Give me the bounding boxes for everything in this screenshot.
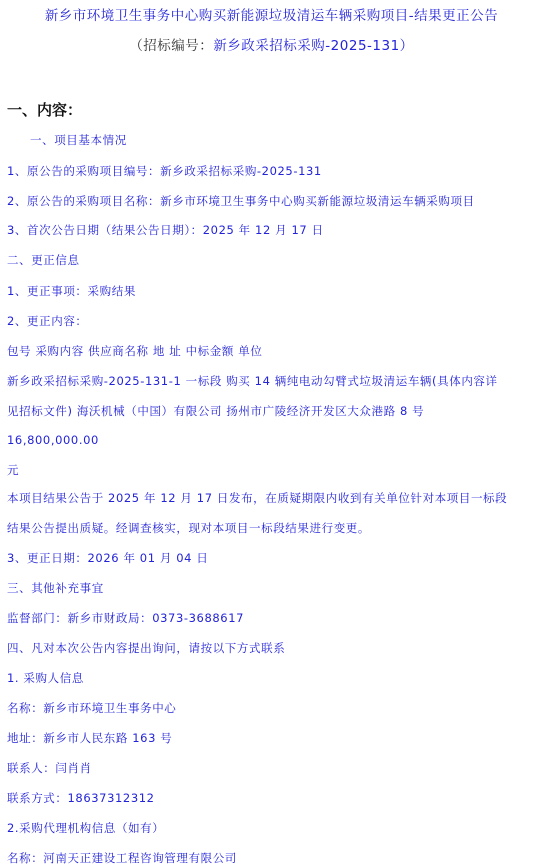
- document-title: 新乡市环境卫生事务中心购买新能源垃圾清运车辆采购项目-结果更正公告: [0, 4, 543, 24]
- purchaser-address: 地址：新乡市人民东路 163 号: [7, 730, 172, 746]
- other-matters-heading: 三、其他补充事宜: [7, 580, 104, 596]
- project-basic-info-heading: 一、项目基本情况: [30, 132, 127, 148]
- winning-amount: 16,800,000.00: [7, 433, 99, 447]
- result-table-header: 包号 采购内容 供应商名称 地 址 中标金额 单位: [7, 343, 262, 359]
- section-heading-content: 一、内容：: [7, 99, 82, 120]
- purchaser-contact-person: 联系人：闫肖肖: [7, 760, 92, 776]
- first-announcement-date: 3、首次公告日期（结果公告日期）：2025 年 12 月 17 日: [7, 222, 324, 238]
- result-row-line-1: 新乡政采招标采购-2025-131-1 一标段 购买 14 辆纯电动勾臂式垃圾清…: [7, 373, 498, 389]
- correction-item: 1、更正事项：采购结果: [7, 283, 136, 299]
- agency-info-heading: 2.采购代理机构信息（如有）: [7, 820, 164, 836]
- original-project-number: 1、原公告的采购项目编号：新乡政采招标采购-2025-131: [7, 163, 322, 179]
- agency-name: 名称：河南天正建设工程咨询管理有限公司: [7, 850, 237, 866]
- supervision-department: 监督部门：新乡市财政局：0373-3688617: [7, 610, 244, 626]
- correction-info-heading: 二、更正信息: [7, 252, 80, 268]
- purchaser-info-heading: 1. 采购人信息: [7, 670, 84, 686]
- tender-number-value: 新乡政采招标采购-2025-131）: [213, 38, 413, 54]
- contact-heading: 四、凡对本次公告内容提出询问，请按以下方式联系: [7, 640, 285, 656]
- tender-number: （招标编号：新乡政采招标采购-2025-131）: [0, 34, 543, 54]
- result-row-line-2: 见招标文件) 海沃机械（中国）有限公司 扬州市广陵经济开发区大众港路 8 号: [7, 403, 424, 419]
- amount-unit: 元: [7, 462, 19, 478]
- original-project-name: 2、原公告的采购项目名称：新乡市环境卫生事务中心购买新能源垃圾清运车辆采购项目: [7, 193, 475, 209]
- correction-date: 3、更正日期：2026 年 01 月 04 日: [7, 550, 208, 566]
- correction-reason-line-1: 本项目结果公告于 2025 年 12 月 17 日发布，在质疑期限内收到有关单位…: [7, 490, 507, 506]
- correction-content-label: 2、更正内容：: [7, 313, 88, 329]
- tender-number-label: （招标编号：: [129, 38, 213, 54]
- purchaser-phone: 联系方式：18637312312: [7, 790, 155, 806]
- correction-reason-line-2: 结果公告提出质疑。经调查核实，现对本项目一标段结果进行变更。: [7, 520, 370, 536]
- purchaser-name: 名称：新乡市环境卫生事务中心: [7, 700, 176, 716]
